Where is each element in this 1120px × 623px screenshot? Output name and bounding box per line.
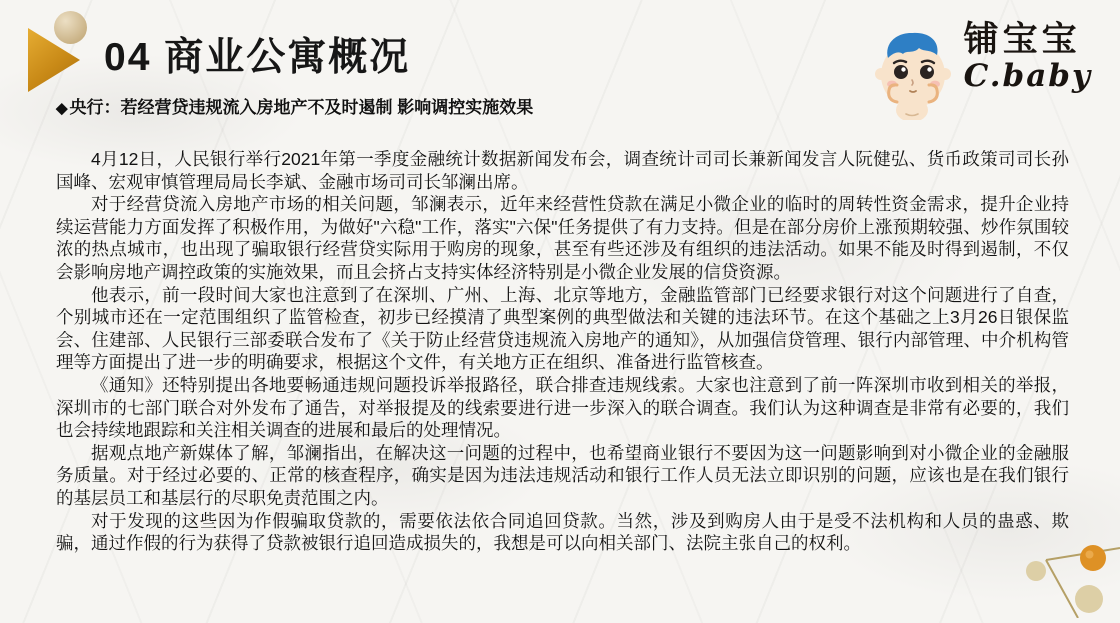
section-subtitle: ◆央行：若经营贷违规流入房地产不及时遏制 影响调控实施效果 [56,93,533,118]
paragraph: 对于发现的这些因为作假骗取贷款的，需要依法依合同追回贷款。当然，涉及到购房人由于… [56,510,1069,555]
brand-logo: 铺宝宝 C.baby [870,22,1092,120]
article-body: 4月12日，人民银行举行2021年第一季度金融统计数据新闻发布会，调查统计司司长… [56,148,1069,555]
paragraph: 4月12日，人民银行举行2021年第一季度金融统计数据新闻发布会，调查统计司司长… [56,148,1069,193]
paragraph: 对于经营贷流入房地产市场的相关问题，邹澜表示，近年来经营性贷款在满足小微企业的临… [56,193,1069,283]
slide: 04 商业公寓概况 ◆央行：若经营贷违规流入房地产不及时遏制 影响调控实施效果 [0,0,1120,623]
corner-lines-decoration [940,528,1120,623]
circle-marker-icon [54,11,87,44]
paragraph: 《通知》还特别提出各地要畅通违规问题投诉举报路径，联合排查违规线索。大家也注意到… [56,374,1069,442]
logo-name-en: C.baby [964,61,1092,92]
paragraph: 他表示，前一段时间大家也注意到了在深圳、广州、上海、北京等地方，金融监管部门已经… [56,284,1069,374]
subtitle-text: 央行：若经营贷违规流入房地产不及时遏制 影响调控实施效果 [70,98,534,117]
logo-name-cn: 铺宝宝 [964,22,1092,57]
baby-mascot-icon [870,22,958,120]
paragraph: 据观点地产新媒体了解，邹澜指出，在解决这一问题的过程中，也希望商业银行不要因为这… [56,442,1069,510]
diamond-bullet-icon: ◆ [56,100,68,117]
page-title: 04 商业公寓概况 [104,26,410,82]
